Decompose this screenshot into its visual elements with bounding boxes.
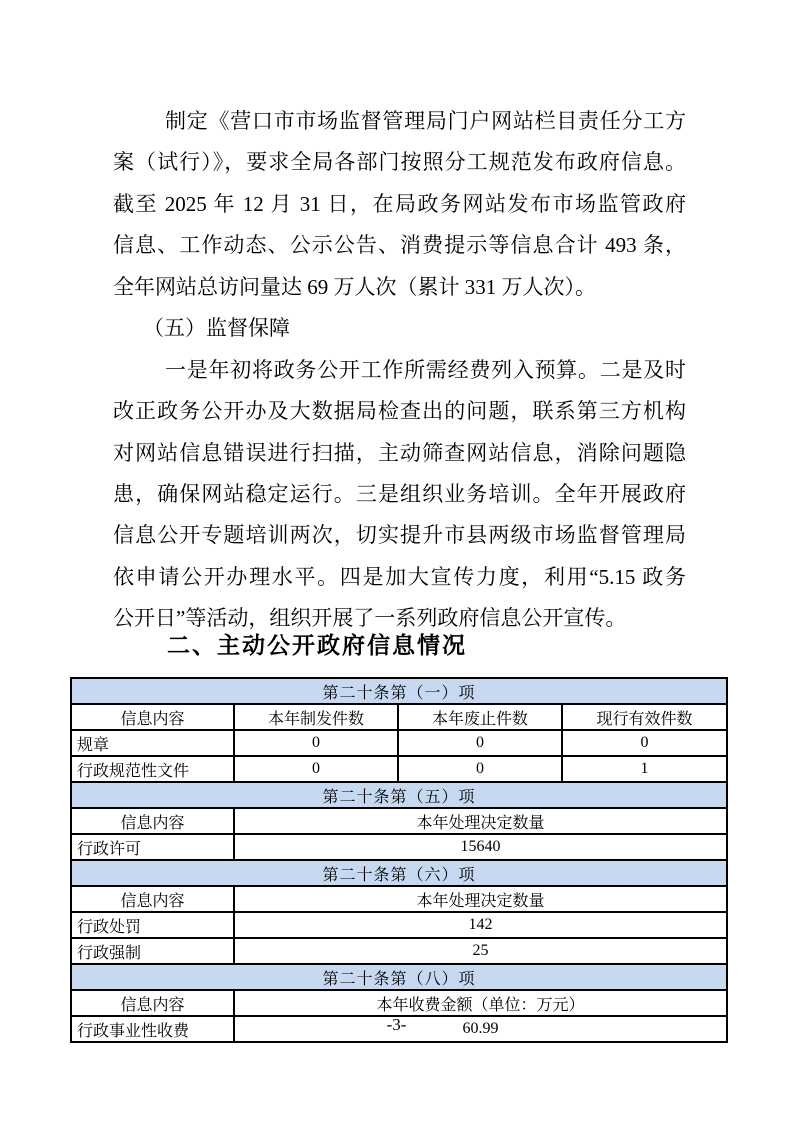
body-text-line: 依申请公开办理水平。四是加大宣传力度，利用“5.15 政务 [113,557,686,598]
table-cell: 行政规范性文件 [71,756,234,782]
body-text-line: 信息公开专题培训两次，切实提升市县两级市场监督管理局 [113,515,686,556]
table-cell: 0 [234,730,398,756]
table-cell: 0 [398,756,562,782]
table-cell: 25 [234,938,727,964]
table-row: 行政许可15640 [71,834,727,860]
document-page: 制定《营口市市场监督管理局门户网站栏目责任分工方案（试行）》，要求全局各部门按照… [0,0,793,1122]
table-cell: 15640 [234,834,727,860]
table-cell: 0 [234,756,398,782]
table-cell: 信息内容 [71,704,234,730]
table-section-row: 第二十条第（六）项 [71,860,727,886]
table-cell: 行政许可 [71,834,234,860]
table-section-header: 第二十条第（六）项 [71,860,727,886]
table-section-row: 第二十条第（八）项 [71,964,727,990]
table-row: 信息内容本年处理决定数量 [71,808,727,834]
table-cell: 信息内容 [71,886,234,912]
table-cell: 行政处罚 [71,912,234,938]
page-number: -3- [0,1013,793,1037]
table-section-header: 第二十条第（五）项 [71,782,727,808]
table-cell: 行政强制 [71,938,234,964]
table-section-row: 第二十条第（一）项 [71,678,727,704]
body-text: 制定《营口市市场监督管理局门户网站栏目责任分工方案（试行）》，要求全局各部门按照… [113,101,686,640]
table-section-row: 第二十条第（五）项 [71,782,727,808]
section-heading: 二、主动公开政府信息情况 [113,630,767,660]
disclosure-table-body: 第二十条第（一）项信息内容本年制发件数本年废止件数现行有效件数规章000行政规范… [71,678,727,1042]
table-cell: 0 [398,730,562,756]
table-row: 信息内容本年处理决定数量 [71,886,727,912]
table-row: 规章000 [71,730,727,756]
table-cell: 本年处理决定数量 [234,886,727,912]
table-cell: 信息内容 [71,808,234,834]
table-row: 行政处罚142 [71,912,727,938]
body-text-line: 改正政务公开办及大数据局检查出的问题，联系第三方机构 [113,391,686,432]
body-text-line: 全年网站总访问量达 69 万人次（累计 331 万人次）。 [113,267,686,308]
table-cell: 0 [562,730,727,756]
table-section-header: 第二十条第（八）项 [71,964,727,990]
table-row: 行政规范性文件001 [71,756,727,782]
body-text-line: 案（试行）》，要求全局各部门按照分工规范发布政府信息。 [113,142,686,183]
body-text-line: 制定《营口市市场监督管理局门户网站栏目责任分工方 [113,101,686,142]
table-row: 信息内容本年制发件数本年废止件数现行有效件数 [71,704,727,730]
disclosure-table: 第二十条第（一）项信息内容本年制发件数本年废止件数现行有效件数规章000行政规范… [70,677,728,1043]
table-cell: 1 [562,756,727,782]
table-cell: 142 [234,912,727,938]
table-cell: 本年制发件数 [234,704,398,730]
table-cell: 现行有效件数 [562,704,727,730]
table-cell: 本年处理决定数量 [234,808,727,834]
body-text-line: 截至 2025 年 12 月 31 日，在局政务网站发布市场监管政府 [113,184,686,225]
table-row: 行政强制25 [71,938,727,964]
body-text-line: 信息、工作动态、公示公告、消费提示等信息合计 493 条， [113,225,686,266]
table-cell: 规章 [71,730,234,756]
body-text-line: 对网站信息错误进行扫描，主动筛查网站信息，消除问题隐 [113,433,686,474]
body-text-line: 患，确保网站稳定运行。三是组织业务培训。全年开展政府 [113,474,686,515]
subsection-heading: （五）监督保障 [113,308,686,349]
body-text-line: 一是年初将政务公开工作所需经费列入预算。二是及时 [113,350,686,391]
table-cell: 本年废止件数 [398,704,562,730]
table-section-header: 第二十条第（一）项 [71,678,727,704]
